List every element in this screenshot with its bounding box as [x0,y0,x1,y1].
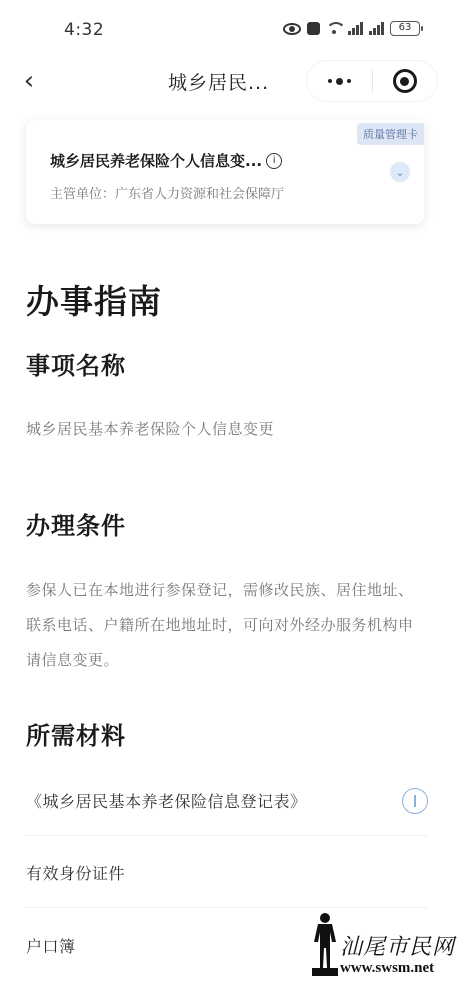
quality-badge[interactable]: 质量管理卡 [357,123,424,145]
section-text-item-name: 城乡居民基本养老保险个人信息变更 [26,412,426,447]
section-title-item-name: 事项名称 [26,346,126,381]
watermark-name: 汕尾市民网 [340,930,455,961]
section-title-conditions: 办理条件 [26,506,126,541]
card-title-text: 城乡居民养老保险个人信息变... [50,150,262,171]
miniprogram-capsule [306,60,438,102]
service-info-card[interactable]: 质量管理卡 城乡居民养老保险个人信息变... i 主管单位：广东省人力资源和社会… [26,120,424,224]
back-button[interactable]: ‹ [14,64,44,98]
info-icon[interactable] [402,788,428,814]
section-text-conditions: 参保人已在本地进行参保登记，需修改民族、居住地址、联系电话、户籍所在地地址时，可… [26,573,426,678]
guide-title: 办事指南 [26,276,162,323]
material-item[interactable]: 有效身份证件 [26,838,428,908]
eye-icon [283,23,301,35]
card-title: 城乡居民养老保险个人信息变... i [50,150,282,171]
more-button[interactable] [307,61,372,101]
chevron-down-icon[interactable]: ⌄ [390,162,410,182]
wifi-icon [326,22,342,36]
signal-icon [369,22,384,35]
alarm-icon [307,22,320,35]
material-label: 有效身份证件 [26,861,125,884]
signal-icon [348,22,363,35]
more-icon [328,79,332,83]
info-icon[interactable]: i [266,153,282,169]
watermark: 汕尾市民网 www.swsm.net [300,906,460,982]
section-title-materials: 所需材料 [26,716,126,751]
page-title: 城乡居民... [168,68,269,95]
watermark-url: www.swsm.net [340,960,434,977]
status-bar: 4:32 63 [0,0,466,56]
card-department: 主管单位：广东省人力资源和社会保障厅 [50,183,284,202]
status-icons: 63 [283,21,420,36]
material-label: 户口簿 [26,934,76,957]
battery-icon: 63 [390,21,420,36]
nav-bar: ‹ 城乡居民... [0,56,466,106]
person-silhouette-icon [310,912,340,978]
target-icon [393,69,417,93]
close-miniprogram-button[interactable] [373,61,438,101]
material-label: 《城乡居民基本养老保险信息登记表》 [26,789,307,812]
status-time: 4:32 [64,20,104,40]
material-item[interactable]: 《城乡居民基本养老保险信息登记表》 [26,766,428,836]
